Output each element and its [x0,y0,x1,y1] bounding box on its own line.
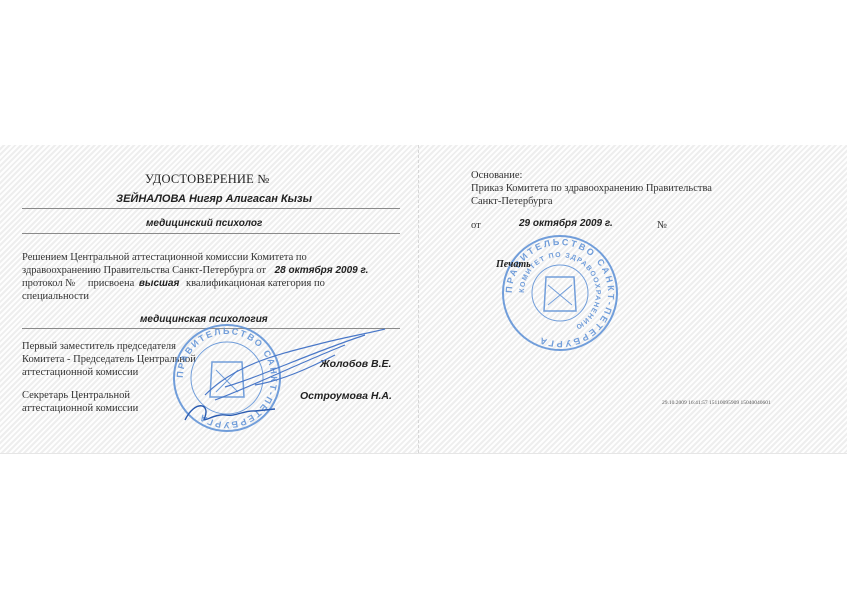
order-date-prefix: от [471,219,481,232]
assigned-label: присвоена [88,278,134,289]
holder-name: ЗЕЙНАЛОВА Нигяр Алигасан Кызы [116,193,312,205]
signatory-1-title-line-2: Комитета - Председатель Центральной [22,353,196,366]
decision-line-4: специальности [22,290,89,303]
certificate-title: УДОСТОВЕРЕНИЕ № [145,173,269,186]
signature-2 [180,395,280,430]
signatory-2-title-line-2: аттестационной комиссии [22,402,138,415]
order-number-label: № [657,219,667,232]
signatory-1-title-line-1: Первый заместитель председателя [22,340,176,353]
divider [22,208,400,209]
protocol-label: протокол № [22,278,75,289]
decision-line-1: Решением Центральной аттестационной коми… [22,251,307,264]
qualification-category: высшая [139,278,179,289]
holder-position: медицинский психолог [146,218,262,229]
official-seal-right: ПРАВИТЕЛЬСТВО САНКТ-ПЕТЕРБУРГА КОМИТЕТ П… [500,233,620,353]
signatory-2-title-line-1: Секретарь Центральной [22,389,130,402]
decision-line-2: здравоохранению Правительства Санкт-Пете… [22,265,266,276]
order-line-1: Приказ Комитета по здравоохранению Прави… [471,182,712,195]
divider [22,233,400,234]
svg-text:КОМИТЕТ ПО ЗДРАВООХРАНЕНИЮ: КОМИТЕТ ПО ЗДРАВООХРАНЕНИЮ [519,252,601,331]
order-date: 29 октября 2009 г. [519,218,613,229]
decision-date: 28 октября 2009 г. [275,265,369,276]
signatory-1-title-line-3: аттестационной комиссии [22,366,138,379]
print-timestamp: 29.10.2009 16:41:57 15110095909 15040040… [662,400,771,406]
category-suffix: квалификационая категория по [186,278,325,289]
order-line-2: Санкт-Петербурга [471,195,552,208]
basis-label: Основание: [471,169,522,182]
seal-label: Печать [496,259,531,270]
page-fold-line [418,145,419,453]
